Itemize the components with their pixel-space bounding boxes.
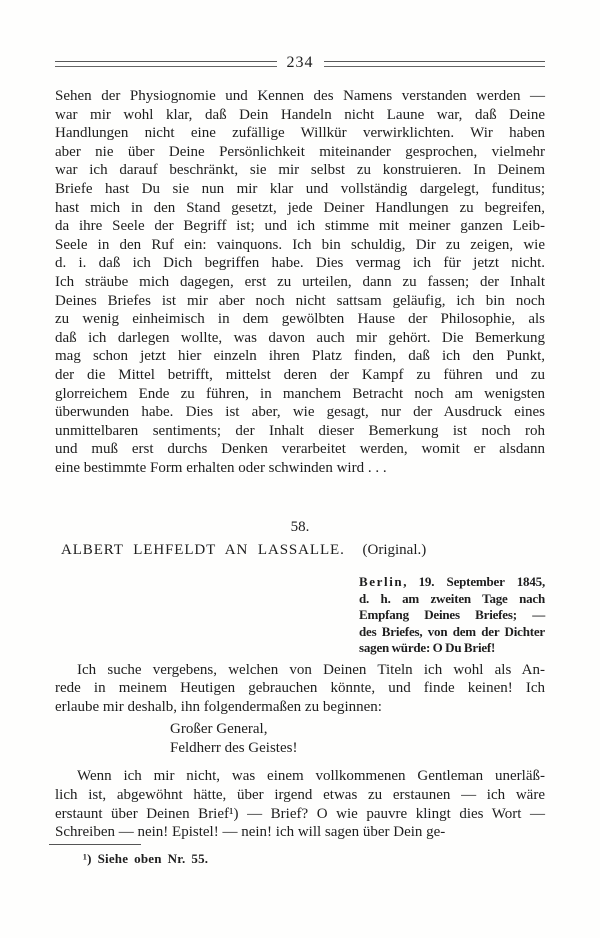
text-line: Deines Briefes ist mir aber noch nicht s… [55,292,545,311]
text-line: Sehen der Physiognomie und Kennen des Na… [55,87,545,106]
text-line: Wenn ich mir nicht, was einem vollkommen… [55,767,545,786]
text-line: war mir wohl klar, daß Dein Handeln nich… [55,106,545,125]
text-line: war ich darauf beschränkt, sie mir selbs… [55,161,545,180]
text-line: des Briefes, von dem der Dichter [359,624,545,640]
text-line: Ich suche vergebens, welchen von Deinen … [55,661,545,680]
book-page: 234 Sehen der Physiognomie und Kennen de… [0,0,600,938]
letter-body-paragraph: Wenn ich mir nicht, was einem vollkommen… [55,767,545,841]
text-line: Briefe hast Du sie nun mir klar und voll… [55,180,545,199]
text-line: und muß erst durchs Denken verarbeitet w… [55,440,545,459]
header-rule-left [55,61,277,67]
page-number: 234 [277,55,324,71]
text-line: erstaunt über Deinen Brief¹) — Brief? O … [55,805,545,824]
text-line: eine bestimmte Form erhalten oder schwin… [55,459,545,478]
text-line: hast mich in den Stand gesetzt, jede Dei… [55,199,545,218]
letter-title-text: ALBERT LEHFELDT AN LASSALLE. [61,542,345,558]
text-line: der die Mittel betrifft, mittelst deren … [55,366,545,385]
text-line: lich ist, abgewöhnt hätte, über irgend e… [55,786,545,805]
text-line: Empfang Deines Briefes; — [359,607,545,623]
text-line: Schreiben — nein! Epistel! — nein! ich w… [55,823,545,842]
text-line: d. i. daß ich Dich begriffen habe. Dies … [55,254,545,273]
text-line: Handlungen nicht eine zufällige Willkür … [55,124,545,143]
continuation-paragraph: Sehen der Physiognomie und Kennen des Na… [55,87,545,477]
footnote-text: ¹) Siehe oben Nr. 55. [83,850,545,867]
text-line: unmittelbaren sentiments; der Inhalt die… [55,422,545,441]
text-line: überwunden habe. Dies ist aber, wie gesa… [55,403,545,422]
letter-number-heading: 58. [55,519,545,535]
dateline-date: , 19. September 1845, [403,574,545,589]
text-line: Großer General, [170,720,545,739]
text-line: Seele in den Ruf ein: vainquons. Ich bin… [55,236,545,255]
letter-origin-note: (Original.) [363,542,427,558]
header-rule-right [324,61,546,67]
text-line: erlaube mir deshalb, ihn folgendermaßen … [55,698,545,717]
text-line: sagen würde: O Du Brief! [359,640,545,656]
letter-opening-paragraph: Ich suche vergebens, welchen von Deinen … [55,661,545,717]
text-line: aber nie über Deine Persönlichkeit mitei… [55,143,545,162]
dateline-first-line: Berlin, 19. September 1845, [359,574,545,590]
text-line: zu wenig einheimisch in dem gewölbten Ha… [55,310,545,329]
dateline-place: Berlin [359,574,403,589]
text-line: mag schon jetzt hier einzeln ihren Platz… [55,347,545,366]
text-line: rede in meinem Heutigen gebrauchen könnt… [55,679,545,698]
text-line: d. h. am zweiten Tage nach [359,591,545,607]
text-line: Ich sträube mich dagegen, erst zu urteil… [55,273,545,292]
letter-salutation: Großer General,Feldherr des Geistes! [170,720,545,757]
text-line: Feldherr des Geistes! [170,739,545,758]
footnote-separator-rule [49,844,141,845]
running-head: 234 [55,57,545,71]
text-line: glorreichem Ende zu führen, in manchem B… [55,385,545,404]
letter-dateline: Berlin, 19. September 1845, d. h. am zwe… [359,574,545,656]
text-line: da ihre Seele der Begriff ist; und ich s… [55,217,545,236]
letter-title: ALBERT LEHFELDT AN LASSALLE. (Original.) [61,541,545,560]
text-line: daß ich darlegen wollte, was davon auch … [55,329,545,348]
